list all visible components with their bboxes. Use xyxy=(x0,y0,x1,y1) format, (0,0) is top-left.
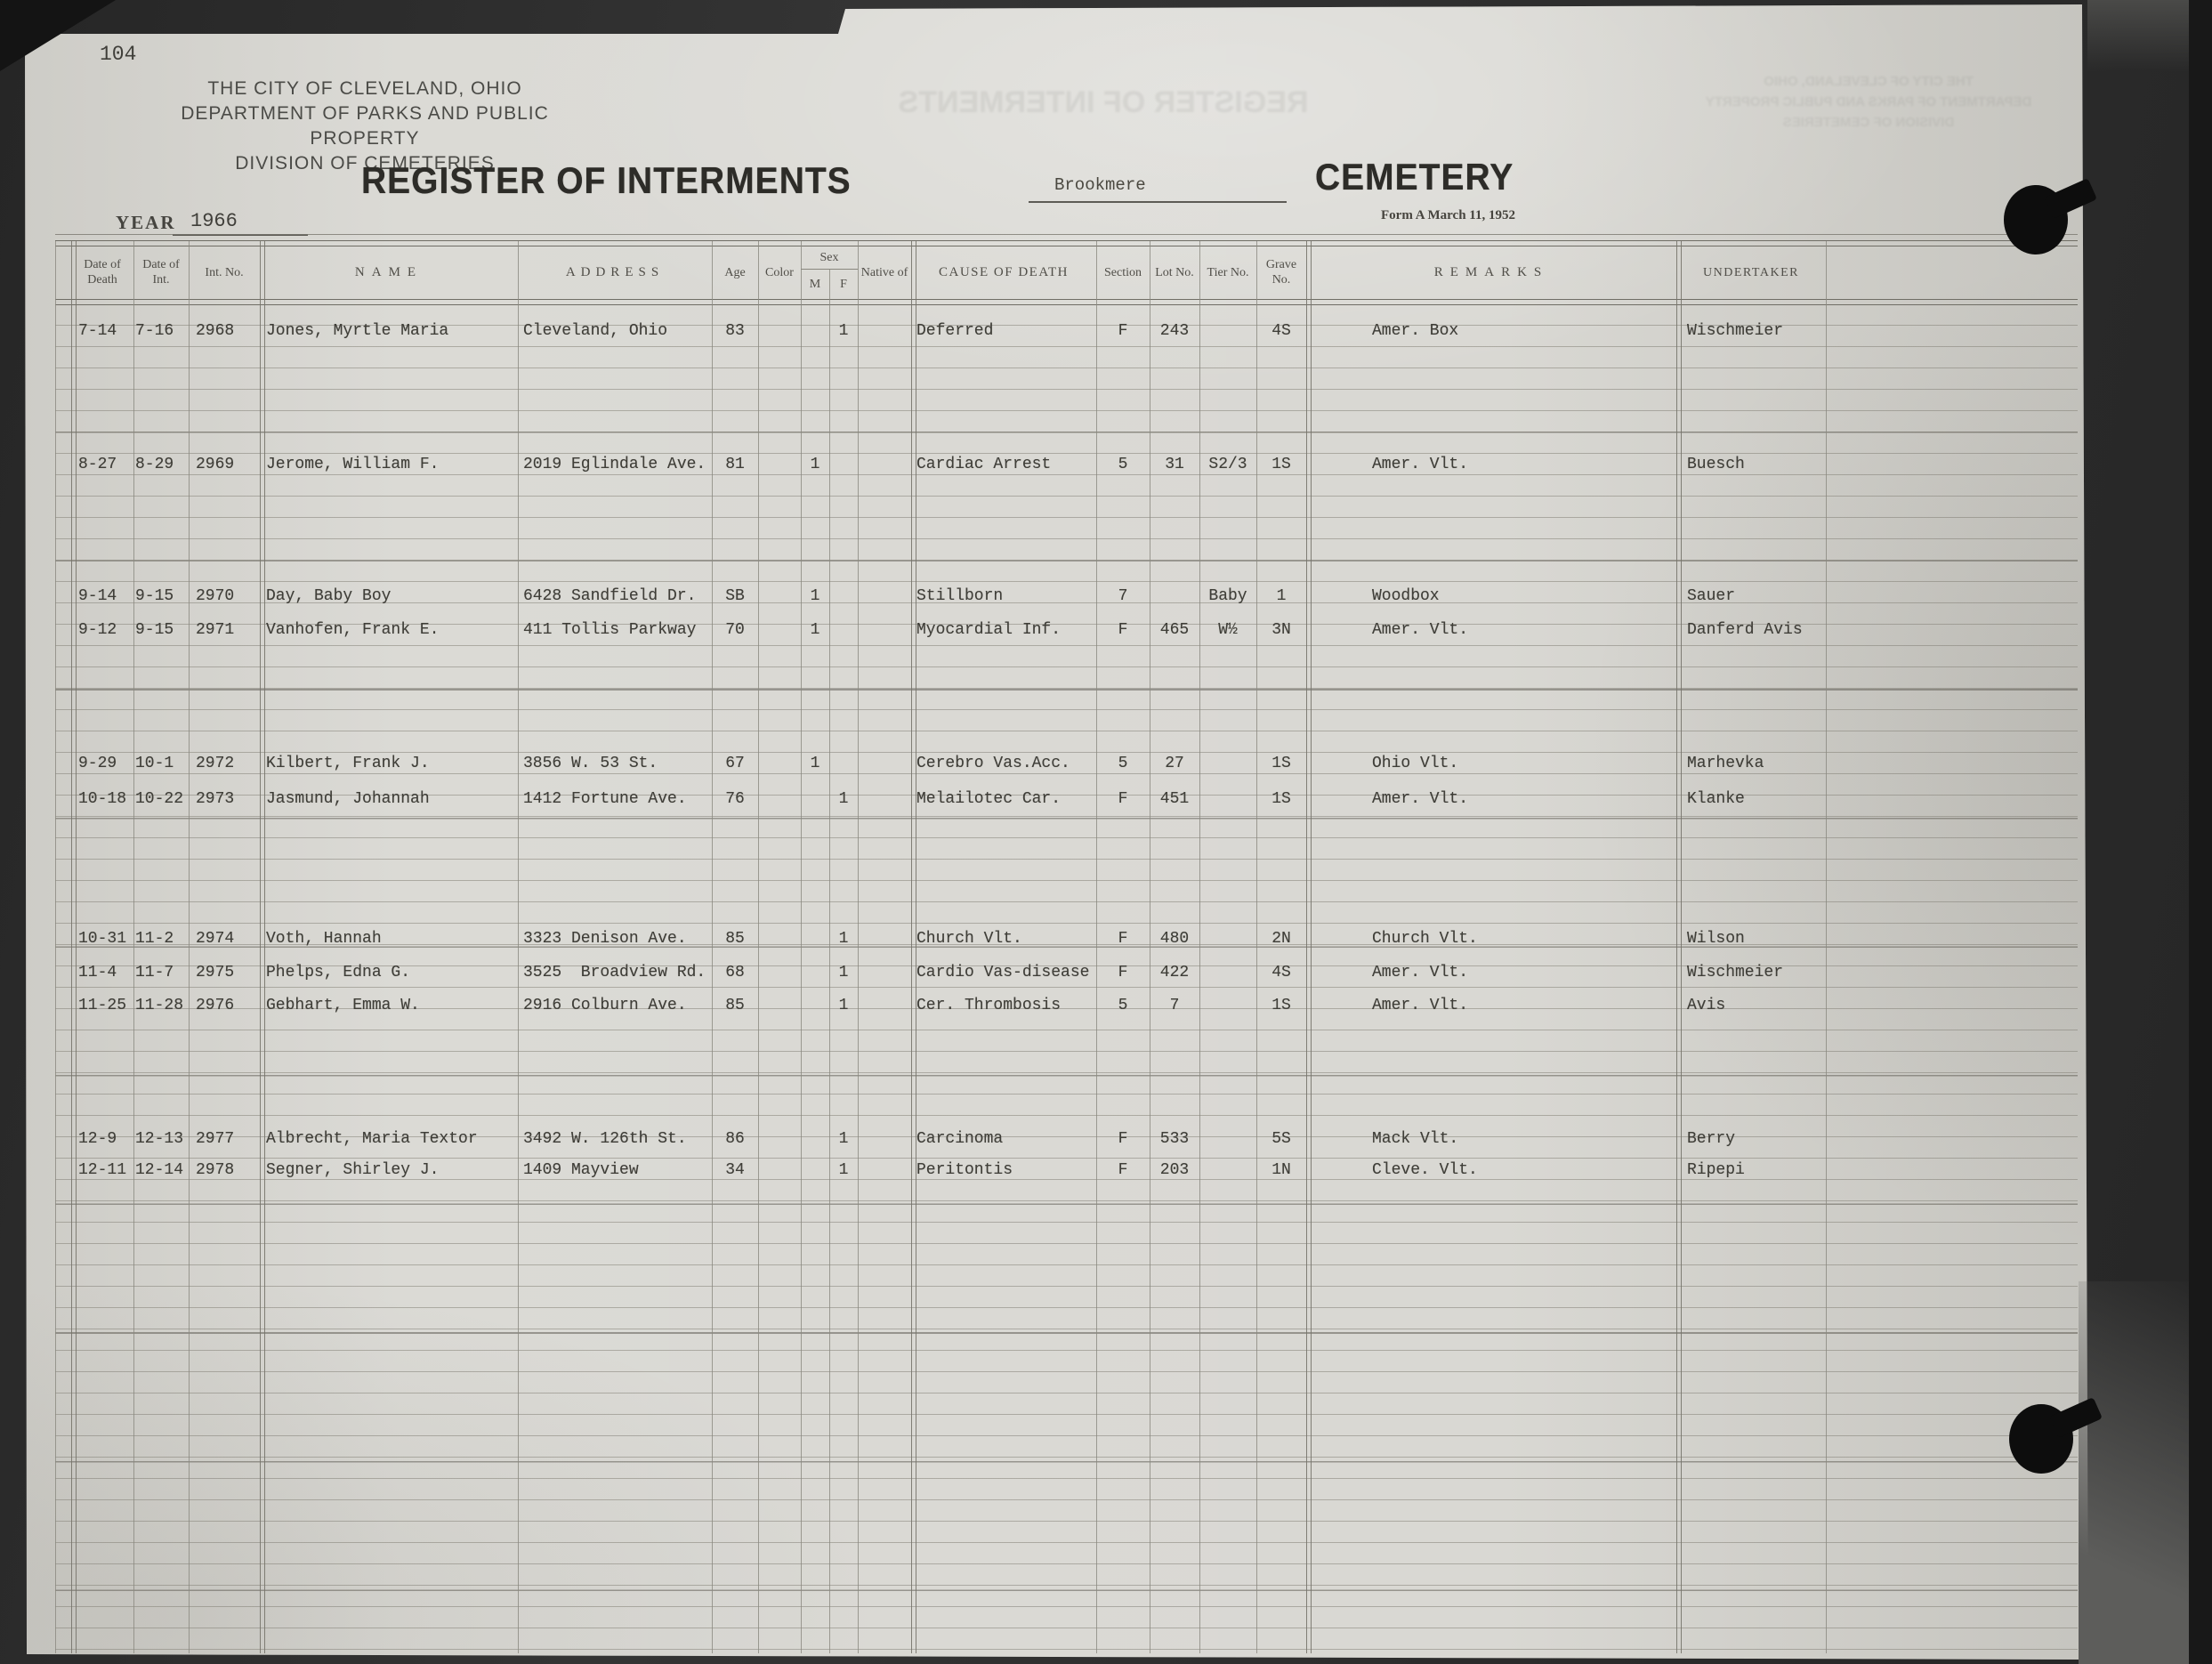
cell-cause-of-death: Cerebro Vas.Acc. xyxy=(916,755,1070,772)
cell-cause-of-death: Cardio Vas-disease xyxy=(916,964,1089,981)
cell-section: F xyxy=(1096,790,1150,808)
cell-int-no: 2975 xyxy=(196,964,234,981)
binder-hole-top xyxy=(2004,185,2068,254)
org-line-department: DEPARTMENT OF PARKS AND PUBLIC PROPERTY xyxy=(142,101,587,151)
cell-date-of-death: 10-18 xyxy=(78,790,126,808)
cell-address: 1409 Mayview xyxy=(523,1161,639,1179)
cell-lot-no: 27 xyxy=(1150,755,1199,772)
col-header-section: Section xyxy=(1096,246,1150,299)
cell-undertaker: Avis xyxy=(1687,997,1725,1014)
cell-tier-no: S2/3 xyxy=(1199,456,1256,473)
register-title: REGISTER OF INTERMENTS xyxy=(361,160,852,203)
cell-grave-no: 1 xyxy=(1256,587,1306,605)
table-row: 11-4 11-7 2975 Phelps, Edna G. 3525 Broa… xyxy=(0,964,2212,987)
page-number: 104 xyxy=(100,43,136,66)
cell-undertaker: Marhevka xyxy=(1687,755,1764,772)
cell-undertaker: Ripepi xyxy=(1687,1161,1745,1179)
cell-undertaker: Berry xyxy=(1687,1130,1735,1148)
cell-date-of-int: 9-15 xyxy=(135,587,174,605)
cell-section: F xyxy=(1096,322,1150,340)
cell-lot-no: 7 xyxy=(1150,997,1199,1014)
cell-name: Jerome, William F. xyxy=(266,456,439,473)
cell-sex-f: 1 xyxy=(829,1161,858,1179)
col-header-address: ADDRESS xyxy=(518,246,712,299)
cell-lot-no: 465 xyxy=(1150,621,1199,639)
cell-date-of-int: 9-15 xyxy=(135,621,174,639)
scanner-background-edge xyxy=(2189,0,2212,1664)
cell-name: Voth, Hannah xyxy=(266,930,382,948)
cell-remarks: Amer. Box xyxy=(1372,322,1458,340)
cell-name: Phelps, Edna G. xyxy=(266,964,410,981)
cell-grave-no: 5S xyxy=(1256,1130,1306,1148)
cell-grave-no: 1S xyxy=(1256,997,1306,1014)
cell-date-of-int: 12-13 xyxy=(135,1130,183,1148)
cell-date-of-death: 11-4 xyxy=(78,964,117,981)
cell-address: 2019 Eglindale Ave. xyxy=(523,456,706,473)
scanned-register-page: REGISTER OF INTERMENTS THE CITY OF CLEVE… xyxy=(0,0,2212,1664)
cell-age: 85 xyxy=(712,997,758,1014)
cell-lot-no: 480 xyxy=(1150,930,1199,948)
cell-cause-of-death: Stillborn xyxy=(916,587,1003,605)
year-label: YEAR xyxy=(116,212,176,234)
table-row: 8-27 8-29 2969 Jerome, William F. 2019 E… xyxy=(0,456,2212,479)
cell-undertaker: Klanke xyxy=(1687,790,1745,808)
cell-cause-of-death: Church Vlt. xyxy=(916,930,1022,948)
col-header-int-no: Int. No. xyxy=(189,246,260,299)
cell-remarks: Amer. Vlt. xyxy=(1372,456,1468,473)
cemetery-name-entry: Brookmere xyxy=(1054,175,1146,195)
col-header-native-of: Native of xyxy=(858,246,911,299)
cell-lot-no: 243 xyxy=(1150,322,1199,340)
cell-section: 7 xyxy=(1096,587,1150,605)
cell-tier-no: Baby xyxy=(1199,587,1256,605)
cell-sex-f: 1 xyxy=(829,997,858,1014)
cell-lot-no: 451 xyxy=(1150,790,1199,808)
cell-grave-no: 3N xyxy=(1256,621,1306,639)
table-row: 10-31 11-2 2974 Voth, Hannah 3323 Deniso… xyxy=(0,930,2212,953)
cell-date-of-int: 11-28 xyxy=(135,997,183,1014)
cell-section: 5 xyxy=(1096,755,1150,772)
cell-sex-m: 1 xyxy=(801,755,829,772)
cell-address: 3525 Broadview Rd. xyxy=(523,964,706,981)
cell-int-no: 2973 xyxy=(196,790,234,808)
cell-remarks: Church Vlt. xyxy=(1372,930,1478,948)
cell-cause-of-death: Cardiac Arrest xyxy=(916,456,1051,473)
cell-date-of-death: 10-31 xyxy=(78,930,126,948)
col-header-date-of-death: Date of Death xyxy=(71,246,133,299)
cell-cause-of-death: Melailotec Car. xyxy=(916,790,1061,808)
paper-sheet: REGISTER OF INTERMENTS THE CITY OF CLEVE… xyxy=(0,0,2212,1664)
cell-cause-of-death: Myocardial Inf. xyxy=(916,621,1061,639)
cell-grave-no: 4S xyxy=(1256,322,1306,340)
bleed-through-title: REGISTER OF INTERMENTS xyxy=(872,85,1335,120)
cell-undertaker: Danferd Avis xyxy=(1687,621,1803,639)
cell-int-no: 2972 xyxy=(196,755,234,772)
cell-age: 85 xyxy=(712,930,758,948)
cell-address: 3323 Denison Ave. xyxy=(523,930,687,948)
table-top-rule xyxy=(55,234,2078,235)
cell-sex-f: 1 xyxy=(829,930,858,948)
cell-remarks: Amer. Vlt. xyxy=(1372,790,1468,808)
cell-cause-of-death: Peritontis xyxy=(916,1161,1013,1179)
cell-grave-no: 2N xyxy=(1256,930,1306,948)
cell-age: 34 xyxy=(712,1161,758,1179)
cell-date-of-int: 12-14 xyxy=(135,1161,183,1179)
cell-undertaker: Buesch xyxy=(1687,456,1745,473)
col-header-color: Color xyxy=(758,246,801,299)
cell-int-no: 2977 xyxy=(196,1130,234,1148)
table-row: 12-11 12-14 2978 Segner, Shirley J. 1409… xyxy=(0,1161,2212,1184)
cell-address: 3492 W. 126th St. xyxy=(523,1130,687,1148)
cell-lot-no: 533 xyxy=(1150,1130,1199,1148)
table-row: 9-12 9-15 2971 Vanhofen, Frank E. 411 To… xyxy=(0,621,2212,644)
year-value: 1966 xyxy=(190,210,238,232)
cell-grave-no: 1N xyxy=(1256,1161,1306,1179)
cell-remarks: Woodbox xyxy=(1372,587,1440,605)
cell-date-of-int: 10-22 xyxy=(135,790,183,808)
col-header-remarks: REMARKS xyxy=(1306,246,1676,299)
cell-name: Kilbert, Frank J. xyxy=(266,755,430,772)
cell-date-of-int: 11-7 xyxy=(135,964,174,981)
cell-lot-no: 203 xyxy=(1150,1161,1199,1179)
cell-undertaker: Wilson xyxy=(1687,930,1745,948)
cell-name: Jones, Myrtle Maria xyxy=(266,322,448,340)
cell-name: Jasmund, Johannah xyxy=(266,790,430,808)
cell-sex-f: 1 xyxy=(829,1130,858,1148)
cell-sex-f: 1 xyxy=(829,322,858,340)
cell-date-of-int: 11-2 xyxy=(135,930,174,948)
cell-lot-no: 31 xyxy=(1150,456,1199,473)
cell-date-of-death: 11-25 xyxy=(78,997,126,1014)
cell-date-of-int: 10-1 xyxy=(135,755,174,772)
cell-age: SB xyxy=(712,587,758,605)
table-row: 9-14 9-15 2970 Day, Baby Boy 6428 Sandfi… xyxy=(0,587,2212,610)
table-row: 9-29 10-1 2972 Kilbert, Frank J. 3856 W.… xyxy=(0,755,2212,778)
cell-undertaker: Wischmeier xyxy=(1687,322,1783,340)
col-header-tier-no: Tier No. xyxy=(1199,246,1256,299)
cell-age: 76 xyxy=(712,790,758,808)
cell-date-of-death: 12-11 xyxy=(78,1161,126,1179)
cell-name: Segner, Shirley J. xyxy=(266,1161,439,1179)
cell-date-of-int: 8-29 xyxy=(135,456,174,473)
cell-date-of-death: 7-14 xyxy=(78,322,117,340)
cell-age: 68 xyxy=(712,964,758,981)
org-line-city: THE CITY OF CLEVELAND, OHIO xyxy=(142,77,587,101)
binder-hole-bottom xyxy=(2009,1404,2073,1474)
cell-grave-no: 4S xyxy=(1256,964,1306,981)
cell-section: 5 xyxy=(1096,456,1150,473)
cemetery-word: CEMETERY xyxy=(1315,157,1514,199)
cell-sex-f: 1 xyxy=(829,790,858,808)
cell-int-no: 2976 xyxy=(196,997,234,1014)
cell-cause-of-death: Carcinoma xyxy=(916,1130,1003,1148)
table-row: 10-18 10-22 2973 Jasmund, Johannah 1412 … xyxy=(0,790,2212,813)
cell-grave-no: 1S xyxy=(1256,456,1306,473)
cell-section: F xyxy=(1096,1130,1150,1148)
cell-date-of-death: 8-27 xyxy=(78,456,117,473)
cell-undertaker: Wischmeier xyxy=(1687,964,1783,981)
table-row: 11-25 11-28 2976 Gebhart, Emma W. 2916 C… xyxy=(0,997,2212,1020)
table-row: 12-9 12-13 2977 Albrecht, Maria Textor 3… xyxy=(0,1130,2212,1153)
cell-age: 86 xyxy=(712,1130,758,1148)
cell-remarks: Cleve. Vlt. xyxy=(1372,1161,1478,1179)
cell-section: F xyxy=(1096,621,1150,639)
cemetery-name-underline xyxy=(1029,201,1287,203)
cell-remarks: Amer. Vlt. xyxy=(1372,621,1468,639)
cell-remarks: Amer. Vlt. xyxy=(1372,964,1468,981)
cell-date-of-int: 7-16 xyxy=(135,322,174,340)
cell-age: 83 xyxy=(712,322,758,340)
cell-tier-no: W½ xyxy=(1199,621,1256,639)
cell-address: 2916 Colburn Ave. xyxy=(523,997,687,1014)
cell-section: F xyxy=(1096,930,1150,948)
cell-sex-m: 1 xyxy=(801,456,829,473)
cell-int-no: 2978 xyxy=(196,1161,234,1179)
cell-name: Albrecht, Maria Textor xyxy=(266,1130,478,1148)
form-note: Form A March 11, 1952 xyxy=(1381,208,1515,223)
cell-section: F xyxy=(1096,1161,1150,1179)
cell-name: Day, Baby Boy xyxy=(266,587,391,605)
cell-address: 6428 Sandfield Dr. xyxy=(523,587,696,605)
bleed-through-org: THE CITY OF CLEVELAND, OHIO DEPARTMENT O… xyxy=(1646,71,2091,133)
cell-name: Gebhart, Emma W. xyxy=(266,997,420,1014)
cell-grave-no: 1S xyxy=(1256,790,1306,808)
cell-address: 411 Tollis Parkway xyxy=(523,621,696,639)
col-header-sex: Sex xyxy=(801,246,858,269)
cell-int-no: 2969 xyxy=(196,456,234,473)
cell-date-of-death: 12-9 xyxy=(78,1130,117,1148)
cell-int-no: 2970 xyxy=(196,587,234,605)
cell-date-of-death: 9-12 xyxy=(78,621,117,639)
cell-int-no: 2971 xyxy=(196,621,234,639)
col-header-lot-no: Lot No. xyxy=(1150,246,1199,299)
col-header-age: Age xyxy=(712,246,758,299)
col-header-sex-f: F xyxy=(829,269,858,299)
col-header-sex-m: M xyxy=(801,269,829,299)
cell-int-no: 2974 xyxy=(196,930,234,948)
col-header-undertaker: UNDERTAKER xyxy=(1676,246,1826,299)
cell-date-of-death: 9-14 xyxy=(78,587,117,605)
col-header-date-of-int: Date of Int. xyxy=(133,246,189,299)
col-header-cause-of-death: CAUSE OF DEATH xyxy=(911,246,1096,299)
cell-section: 5 xyxy=(1096,997,1150,1014)
cell-grave-no: 1S xyxy=(1256,755,1306,772)
cell-name: Vanhofen, Frank E. xyxy=(266,621,439,639)
cell-undertaker: Sauer xyxy=(1687,587,1735,605)
cell-cause-of-death: Deferred xyxy=(916,322,993,340)
cell-section: F xyxy=(1096,964,1150,981)
cell-remarks: Mack Vlt. xyxy=(1372,1130,1458,1148)
cell-sex-m: 1 xyxy=(801,587,829,605)
cell-sex-m: 1 xyxy=(801,621,829,639)
cell-cause-of-death: Cer. Thrombosis xyxy=(916,997,1061,1014)
cell-date-of-death: 9-29 xyxy=(78,755,117,772)
cell-remarks: Amer. Vlt. xyxy=(1372,997,1468,1014)
cell-address: Cleveland, Ohio xyxy=(523,322,667,340)
cell-lot-no: 422 xyxy=(1150,964,1199,981)
table-row: 7-14 7-16 2968 Jones, Myrtle Maria Cleve… xyxy=(0,322,2212,345)
cell-int-no: 2968 xyxy=(196,322,234,340)
cell-age: 67 xyxy=(712,755,758,772)
cell-remarks: Ohio Vlt. xyxy=(1372,755,1458,772)
col-header-grave-no: Grave No. xyxy=(1256,246,1306,299)
cell-address: 1412 Fortune Ave. xyxy=(523,790,687,808)
cell-age: 81 xyxy=(712,456,758,473)
col-header-name: NAME xyxy=(260,246,518,299)
cell-age: 70 xyxy=(712,621,758,639)
cell-address: 3856 W. 53 St. xyxy=(523,755,658,772)
cell-sex-f: 1 xyxy=(829,964,858,981)
